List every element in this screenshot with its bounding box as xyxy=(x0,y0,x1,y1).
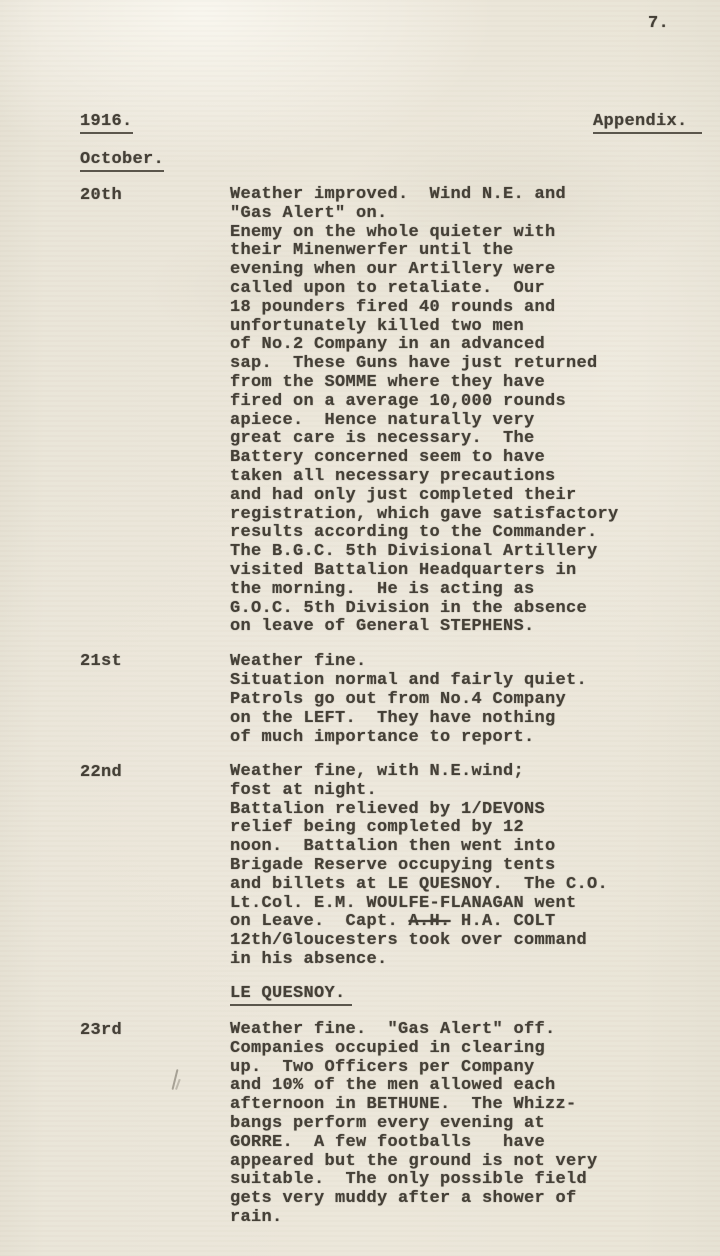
struck-text: A.H. xyxy=(409,912,451,931)
page-number: 7. xyxy=(648,14,669,33)
entry-line: up. Two Officers per Company xyxy=(230,1059,598,1078)
entry-line: bangs perform every evening at xyxy=(230,1115,598,1134)
entry-line: rain. xyxy=(230,1209,598,1228)
entry-line: Brigade Reserve occupying tents xyxy=(230,857,608,876)
entry-body: Weather fine. "Gas Alert" off.Companies … xyxy=(230,1021,598,1228)
entry-line: The B.G.C. 5th Divisional Artillery xyxy=(230,543,619,562)
entry-line: apiece. Hence naturally very xyxy=(230,412,619,431)
entry-line: called upon to retaliate. Our xyxy=(230,280,619,299)
entry-day-label: 21st xyxy=(80,652,122,671)
entry-line: Weather fine, with N.E.wind; xyxy=(230,763,608,782)
entry-body: Weather fine, with N.E.wind;fost at nigh… xyxy=(230,763,608,970)
entry-line: Companies occupied in clearing xyxy=(230,1040,598,1059)
appendix-heading-text: Appendix. xyxy=(593,112,702,134)
month-heading: October. xyxy=(80,150,164,172)
diary-entry-21st: 21st Weather fine.Situation normal and f… xyxy=(80,652,587,747)
entry-line: relief being completed by 12 xyxy=(230,819,608,838)
entry-line: their Minenwerfer until the xyxy=(230,242,619,261)
entry-line: gets very muddy after a shower of xyxy=(230,1190,598,1209)
subheading-le-quesnoy: LE QUESNOY. xyxy=(230,984,352,1006)
entry-line: of much importance to report. xyxy=(230,728,587,747)
entry-line: Weather fine. xyxy=(230,652,587,671)
year-heading: 1916. xyxy=(80,112,133,134)
entry-line: suitable. The only possible field xyxy=(230,1171,598,1190)
entry-line: results according to the Commander. xyxy=(230,524,619,543)
entry-line: Enemy on the whole quieter with xyxy=(230,224,619,243)
diary-entry-23rd: 23rd Weather fine. "Gas Alert" off.Compa… xyxy=(80,1021,598,1228)
entry-line: the morning. He is acting as xyxy=(230,581,619,600)
entry-line: evening when our Artillery were xyxy=(230,261,619,280)
entry-line: fost at night. xyxy=(230,782,608,801)
entry-line: 12th/Gloucesters took over command xyxy=(230,932,608,951)
entry-line: Lt.Col. E.M. WOULFE-FLANAGAN went xyxy=(230,895,608,914)
entry-line: Battalion relieved by 1/DEVONS xyxy=(230,801,608,820)
entry-line: Patrols go out from No.4 Company xyxy=(230,690,587,709)
entry-line: Situation normal and fairly quiet. xyxy=(230,671,587,690)
entry-line: in his absence. xyxy=(230,951,608,970)
entry-line: 18 pounders fired 40 rounds and xyxy=(230,299,619,318)
entry-line: afternoon in BETHUNE. The Whizz- xyxy=(230,1096,598,1115)
diary-entry-20th: 20th Weather improved. Wind N.E. and"Gas… xyxy=(80,186,619,637)
entry-body: Weather improved. Wind N.E. and"Gas Aler… xyxy=(230,186,619,637)
year-heading-text: 1916. xyxy=(80,112,133,134)
entry-line: unfortunately killed two men xyxy=(230,318,619,337)
appendix-heading: Appendix. xyxy=(593,112,702,134)
month-heading-text: October. xyxy=(80,150,164,172)
entry-line: registration, which gave satisfactory xyxy=(230,506,619,525)
entry-line: Battery concerned seem to have xyxy=(230,449,619,468)
entry-line: on Leave. Capt. A.H. H.A. COLT xyxy=(230,913,608,932)
entry-line: Weather fine. "Gas Alert" off. xyxy=(230,1021,598,1040)
entry-line: of No.2 Company in an advanced xyxy=(230,336,619,355)
entry-line: great care is necessary. The xyxy=(230,430,619,449)
entry-line: G.O.C. 5th Division in the absence xyxy=(230,600,619,619)
entry-line: taken all necessary precautions xyxy=(230,468,619,487)
entry-line: Weather improved. Wind N.E. and xyxy=(230,186,619,205)
entry-line: from the SOMME where they have xyxy=(230,374,619,393)
entry-line: and had only just completed their xyxy=(230,487,619,506)
diary-entry-22nd: 22nd Weather fine, with N.E.wind;fost at… xyxy=(80,763,608,970)
entry-line: and billets at LE QUESNOY. The C.O. xyxy=(230,876,608,895)
entry-line: noon. Battalion then went into xyxy=(230,838,608,857)
entry-day-label: 23rd xyxy=(80,1021,122,1040)
entry-line: and 10% of the men allowed each xyxy=(230,1077,598,1096)
entry-line: fired on a average 10,000 rounds xyxy=(230,393,619,412)
entry-line: sap. These Guns have just returned xyxy=(230,355,619,374)
entry-line: on the LEFT. They have nothing xyxy=(230,709,587,728)
entry-day-label: 22nd xyxy=(80,763,122,782)
entry-line: "Gas Alert" on. xyxy=(230,205,619,224)
document-page: { "page": { "page_number": "7.", "year_h… xyxy=(0,0,720,1256)
entry-line: on leave of General STEPHENS. xyxy=(230,618,619,637)
entry-day-label: 20th xyxy=(80,186,122,205)
entry-body: Weather fine.Situation normal and fairly… xyxy=(230,652,587,747)
entry-line: GORRE. A few footballs have xyxy=(230,1134,598,1153)
entry-line: visited Battalion Headquarters in xyxy=(230,562,619,581)
entry-line: appeared but the ground is not very xyxy=(230,1153,598,1172)
subheading-le-quesnoy-text: LE QUESNOY. xyxy=(230,984,352,1006)
